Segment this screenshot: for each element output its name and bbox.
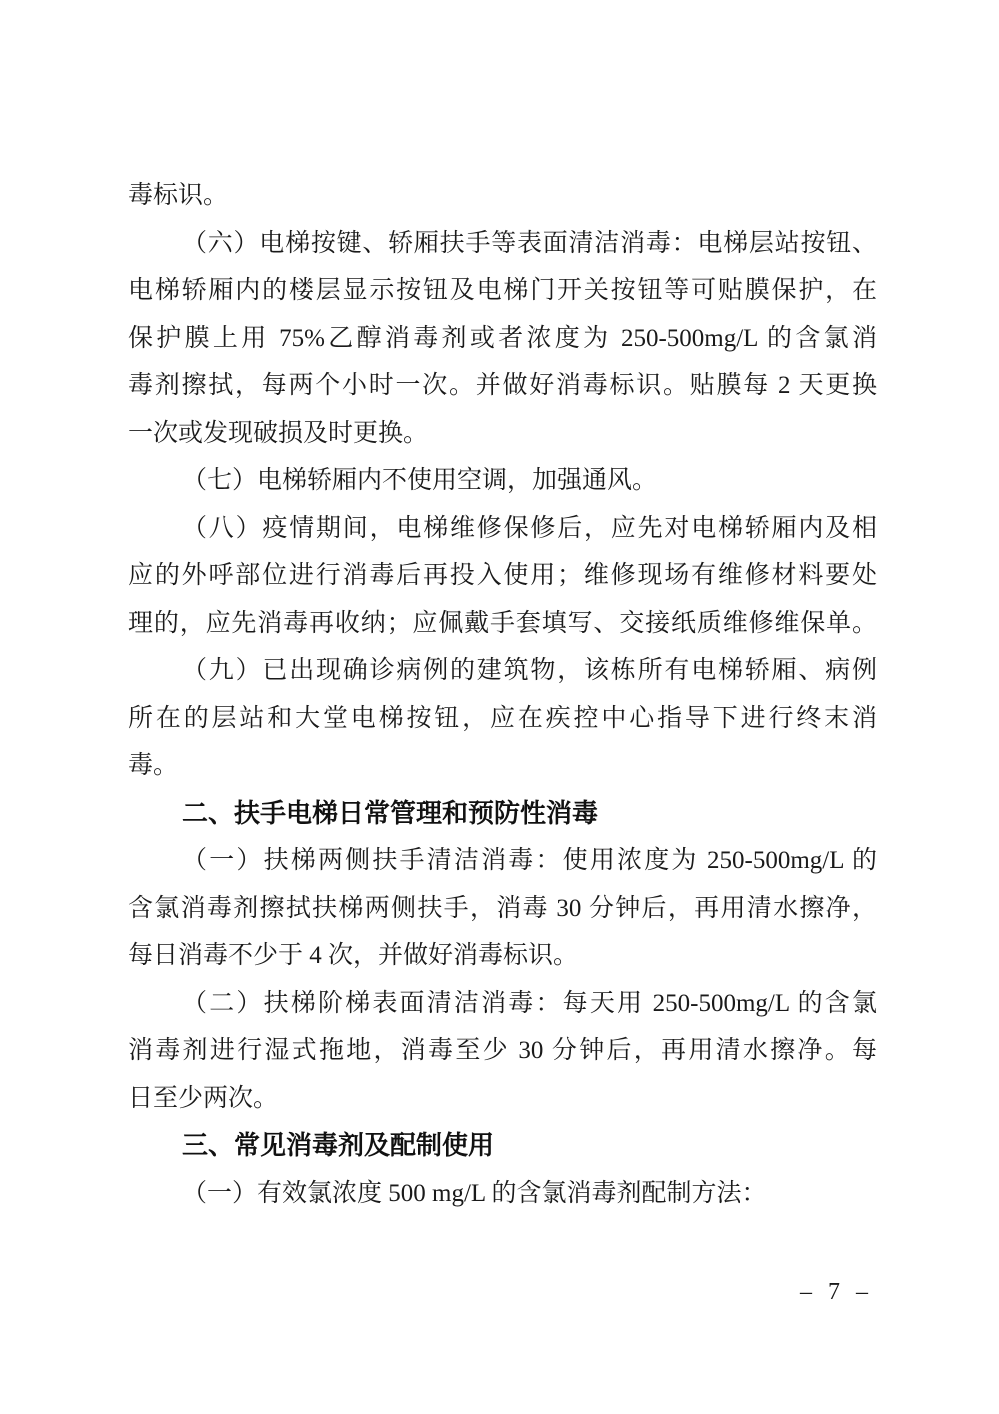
text-line: 毒标识。: [128, 172, 877, 220]
text-line: 日至少两次。: [128, 1075, 877, 1123]
text-line: 每日消毒不少于 4 次，并做好消毒标识。: [128, 932, 877, 980]
text-line: 消毒剂进行湿式拖地，消毒至少 30 分钟后，再用清水擦净。每: [128, 1027, 877, 1075]
document-lines: 毒标识。（六）电梯按键、轿厢扶手等表面清洁消毒：电梯层站按钮、电梯轿厢内的楼层显…: [128, 172, 877, 1217]
section-heading: 二、扶手电梯日常管理和预防性消毒: [128, 790, 877, 838]
page-number: – 7 –: [800, 1276, 873, 1308]
text-line: （七）电梯轿厢内不使用空调，加强通风。: [128, 457, 877, 505]
text-line: 保护膜上用 75%乙醇消毒剂或者浓度为 250-500mg/L 的含氯消: [128, 315, 877, 363]
text-line: 理的，应先消毒再收纳；应佩戴手套填写、交接纸质维修维保单。: [128, 600, 877, 648]
text-line: 所在的层站和大堂电梯按钮，应在疾控中心指导下进行终末消: [128, 695, 877, 743]
text-line: 电梯轿厢内的楼层显示按钮及电梯门开关按钮等可贴膜保护，在: [128, 267, 877, 315]
text-line: 毒。: [128, 742, 877, 790]
text-line: （六）电梯按键、轿厢扶手等表面清洁消毒：电梯层站按钮、: [128, 220, 877, 268]
text-line: 毒剂擦拭，每两个小时一次。并做好消毒标识。贴膜每 2 天更换: [128, 362, 877, 410]
text-line: 含氯消毒剂擦拭扶梯两侧扶手，消毒 30 分钟后，再用清水擦净，: [128, 885, 877, 933]
text-line: 应的外呼部位进行消毒后再投入使用；维修现场有维修材料要处: [128, 552, 877, 600]
text-line: （一）有效氯浓度 500 mg/L 的含氯消毒剂配制方法：: [128, 1170, 877, 1218]
text-line: （八）疫情期间，电梯维修保修后，应先对电梯轿厢内及相: [128, 505, 877, 553]
document-page: 毒标识。（六）电梯按键、轿厢扶手等表面清洁消毒：电梯层站按钮、电梯轿厢内的楼层显…: [0, 0, 999, 1414]
text-line: 一次或发现破损及时更换。: [128, 410, 877, 458]
text-line: （九）已出现确诊病例的建筑物，该栋所有电梯轿厢、病例: [128, 647, 877, 695]
text-line: （二）扶梯阶梯表面清洁消毒：每天用 250-500mg/L 的含氯: [128, 980, 877, 1028]
text-line: （一）扶梯两侧扶手清洁消毒：使用浓度为 250-500mg/L 的: [128, 837, 877, 885]
section-heading: 三、常见消毒剂及配制使用: [128, 1122, 877, 1170]
